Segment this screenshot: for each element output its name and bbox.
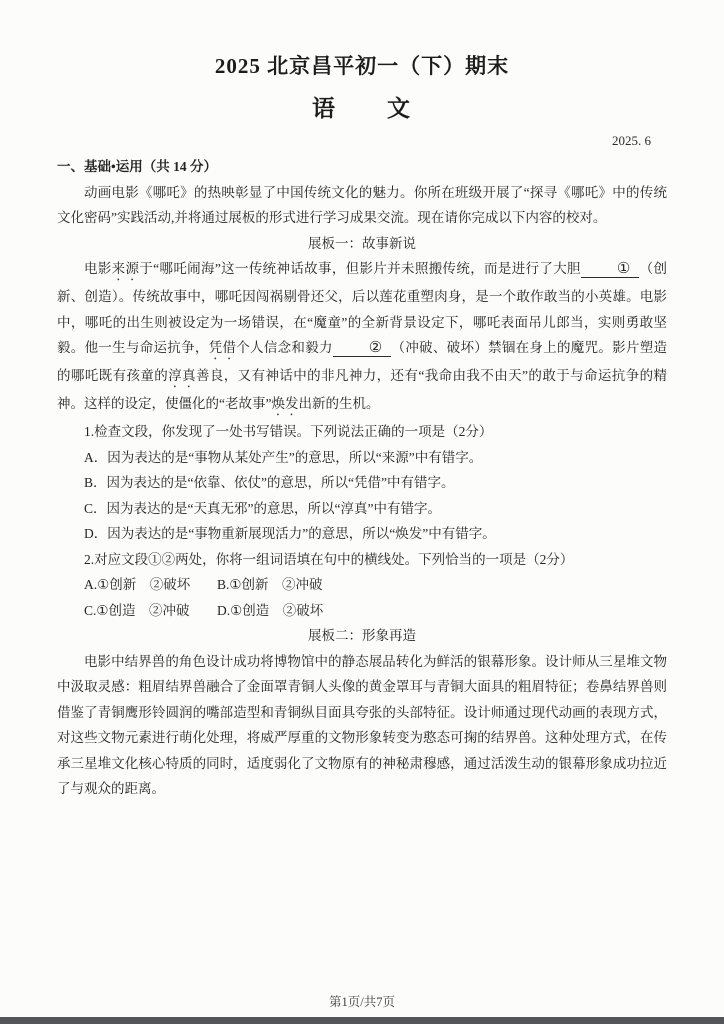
question2-stem: 2.对应文段①②两处，你将一组词语填在句中的横线处。下列恰当的一项是（2分） xyxy=(57,547,667,573)
exam-body: 一、基础•运用（共 14 分） 动画电影《哪吒》的热映彰显了中国传统文化的魅力。… xyxy=(57,154,667,802)
page-content: 2025 北京昌平初一（下）期末 语 文 2025. 6 一、基础•运用（共 1… xyxy=(0,0,724,802)
text-segment: 电影 xyxy=(84,261,112,276)
subject-title: 语 文 xyxy=(57,94,667,124)
emphasized-word: 凭借 xyxy=(209,340,237,355)
panel2-title: 展板二：形象再造 xyxy=(57,623,667,649)
question1-option-d: D．因为表达的是“事物重新展现活力”的意思，所以“焕发”中有错字。 xyxy=(57,521,667,547)
question2-option-d: D.①创造 ②破坏 xyxy=(217,603,323,618)
text-segment: 于“哪吒闹海”这一传统神话故事，但影片并未照搬传统，而是进行了大胆 xyxy=(139,261,581,276)
page-edge xyxy=(0,1017,724,1024)
question1-option-b: B．因为表达的是“依靠、依仗”的意思，所以“凭借”中有错字。 xyxy=(57,470,667,496)
question1-stem: 1.检查文段，你发现了一处书写错误。下列说法正确的一项是（2分） xyxy=(57,419,667,445)
emphasized-word: 淳真 xyxy=(168,368,196,383)
panel2-paragraph: 电影中结界兽的角色设计成功将博物馆中的静态展品转化为鲜活的银幕形象。设计师从三星… xyxy=(57,649,667,802)
section-heading: 一、基础•运用（共 14 分） xyxy=(57,154,667,180)
intro-paragraph: 动画电影《哪吒》的热映彰显了中国传统文化的魅力。你所在班级开展了“探寻《哪吒》中… xyxy=(57,180,667,231)
document-page: 2025 北京昌平初一（下）期末 语 文 2025. 6 一、基础•运用（共 1… xyxy=(0,0,724,1024)
text-segment: 个人信念和毅力 xyxy=(236,340,333,355)
question1-option-a: A．因为表达的是“事物从某处产生”的意思，所以“来源”中有错字。 xyxy=(57,445,667,471)
question1-option-c: C．因为表达的是“天真无邪”的意思，所以“淳真”中有错字。 xyxy=(57,496,667,522)
emphasized-word: 焕发 xyxy=(271,396,298,411)
fill-blank-2: ② xyxy=(333,341,391,357)
exam-title: 2025 北京昌平初一（下）期末 xyxy=(57,52,667,80)
fill-blank-1: ① xyxy=(581,262,639,278)
question2-option-c: C.①创造 ②冲破 xyxy=(84,598,217,624)
question2-options-row2: C.①创造 ②冲破D.①创造 ②破坏 xyxy=(57,598,667,624)
question2-option-b: B.①创新 ②冲破 xyxy=(217,577,322,592)
emphasized-word: 来源 xyxy=(112,261,140,276)
question2-options-row1: A.①创新 ②破坏B.①创新 ②冲破 xyxy=(57,572,667,598)
exam-date: 2025. 6 xyxy=(57,132,667,150)
text-segment: 出新的生机。 xyxy=(298,396,379,411)
panel1-title: 展板一：故事新说 xyxy=(57,231,667,257)
panel1-paragraph: 电影来源于“哪吒闹海”这一传统神话故事，但影片并未照搬传统，而是进行了大胆①（创… xyxy=(57,256,667,419)
question2-option-a: A.①创新 ②破坏 xyxy=(84,572,217,598)
page-number: 第1页/共7页 xyxy=(0,992,724,1010)
